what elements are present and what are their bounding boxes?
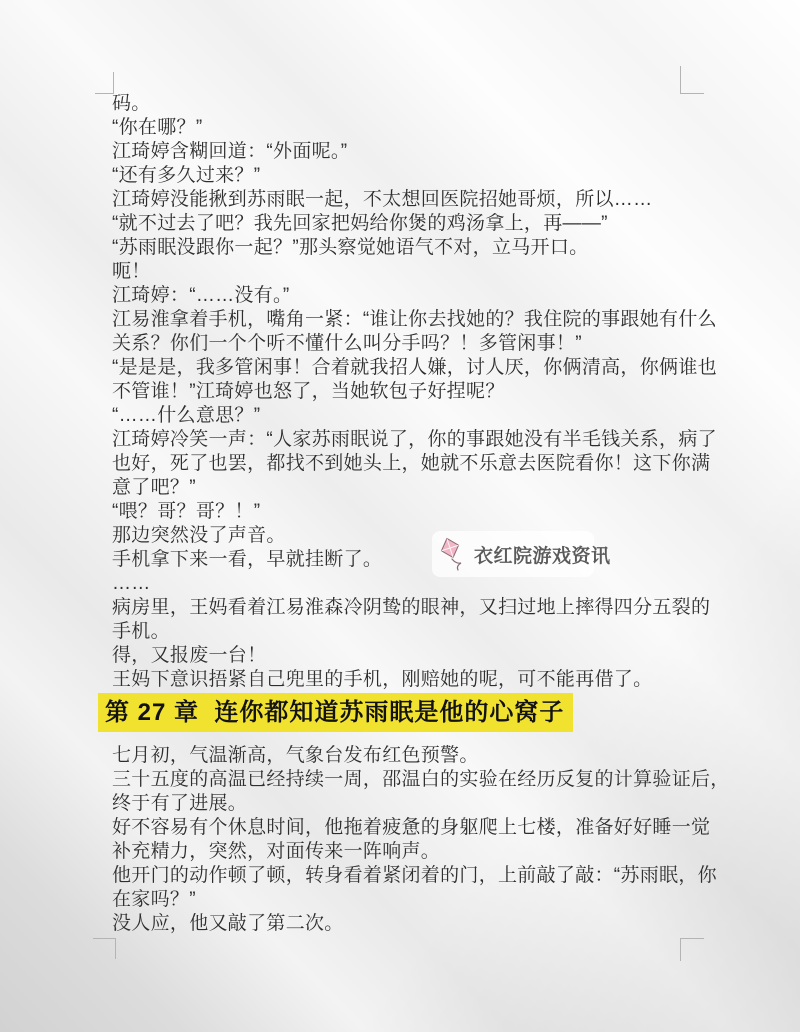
text-line: 江琦婷：“……没有。” xyxy=(112,284,712,308)
text-line: “就不过去了吧？我先回家把妈给你煲的鸡汤拿上，再——” xyxy=(112,212,712,236)
text-line: 他开门的动作顿了顿，转身看着紧闭着的门，上前敲了敲：“苏雨眠，你 xyxy=(112,864,712,888)
novel-text-block: 码。“你在哪？”江琦婷含糊回道：“外面呢。”“还有多久过来？”江琦婷没能揪到苏雨… xyxy=(112,92,712,936)
text-line: 呃！ xyxy=(112,260,712,284)
text-line: “是是是，我多管闲事！合着就我招人嫌，讨人厌，你俩清高，你俩谁也 xyxy=(112,356,712,380)
text-line: 终于有了进展。 xyxy=(112,792,712,816)
margin-mark-top-right xyxy=(680,66,704,94)
text-line: 没人应，他又敲了第二次。 xyxy=(112,912,712,936)
text-line: …… xyxy=(112,572,712,596)
text-line: “还有多久过来？” xyxy=(112,164,712,188)
text-line: “……什么意思？” xyxy=(112,404,712,428)
chapter-heading-row: 第 27 章 连你都知道苏雨眠是他的心窝子 xyxy=(112,693,712,732)
text-line: 得，又报废一台！ xyxy=(112,644,712,668)
paragraphs-before-heading: 码。“你在哪？”江琦婷含糊回道：“外面呢。”“还有多久过来？”江琦婷没能揪到苏雨… xyxy=(112,92,712,692)
text-line: 王妈下意识捂紧自己兜里的手机，刚赔她的呢，可不能再借了。 xyxy=(112,668,712,692)
chapter-heading: 第 27 章 连你都知道苏雨眠是他的心窝子 xyxy=(98,693,573,732)
kite-icon xyxy=(439,537,467,571)
text-line: 手机。 xyxy=(112,620,712,644)
text-line: 好不容易有个休息时间，他拖着疲惫的身躯爬上七楼，准备好好睡一觉 xyxy=(112,816,712,840)
text-line: 三十五度的高温已经持续一周，邵温白的实验在经历反复的计算验证后， xyxy=(112,768,712,792)
text-line: 不管谁！”江琦婷也怒了，当她软包子好捏呢？ xyxy=(112,380,712,404)
text-line: 病房里，王妈看着江易淮森冷阴鸷的眼神，又扫过地上摔得四分五裂的 xyxy=(112,596,712,620)
text-line: 江琦婷冷笑一声：“人家苏雨眠说了，你的事跟她没有半毛钱关系，病了 xyxy=(112,428,712,452)
margin-mark-bottom-left xyxy=(93,938,116,959)
margin-mark-bottom-right xyxy=(680,938,704,961)
text-line: 江琦婷没能揪到苏雨眠一起，不太想回医院招她哥烦，所以…… xyxy=(112,188,712,212)
document-page: 码。“你在哪？”江琦婷含糊回道：“外面呢。”“还有多久过来？”江琦婷没能揪到苏雨… xyxy=(0,0,800,1032)
text-line: 江易淮拿着手机，嘴角一紧：“谁让你去找她的？我住院的事跟她有什么 xyxy=(112,308,712,332)
watermark-text: 衣红院游戏资讯 xyxy=(474,541,611,568)
text-line: 关系？你们一个个听不懂什么叫分手吗？！多管闲事！” xyxy=(112,332,712,356)
text-line: “你在哪？” xyxy=(112,116,712,140)
text-line: 补充精力，突然，对面传来一阵响声。 xyxy=(112,840,712,864)
text-line: 七月初，气温渐高，气象台发布红色预警。 xyxy=(112,744,712,768)
watermark-badge: 衣红院游戏资讯 xyxy=(432,531,594,577)
text-line: 手机拿下来一看，早就挂断了。 xyxy=(112,548,712,572)
text-line: 那边突然没了声音。 xyxy=(112,524,712,548)
text-line: “喂？哥？哥？！” xyxy=(112,500,712,524)
text-line: “苏雨眠没跟你一起？”那头察觉她语气不对，立马开口。 xyxy=(112,236,712,260)
text-line: 江琦婷含糊回道：“外面呢。” xyxy=(112,140,712,164)
text-line: 也好，死了也罢，都找不到她头上，她就不乐意去医院看你！这下你满 xyxy=(112,452,712,476)
text-line: 在家吗？” xyxy=(112,888,712,912)
margin-mark-top-left xyxy=(95,72,114,94)
text-line: 码。 xyxy=(112,92,712,116)
paragraphs-after-heading: 七月初，气温渐高，气象台发布红色预警。三十五度的高温已经持续一周，邵温白的实验在… xyxy=(112,744,712,936)
text-line: 意了吧？” xyxy=(112,476,712,500)
